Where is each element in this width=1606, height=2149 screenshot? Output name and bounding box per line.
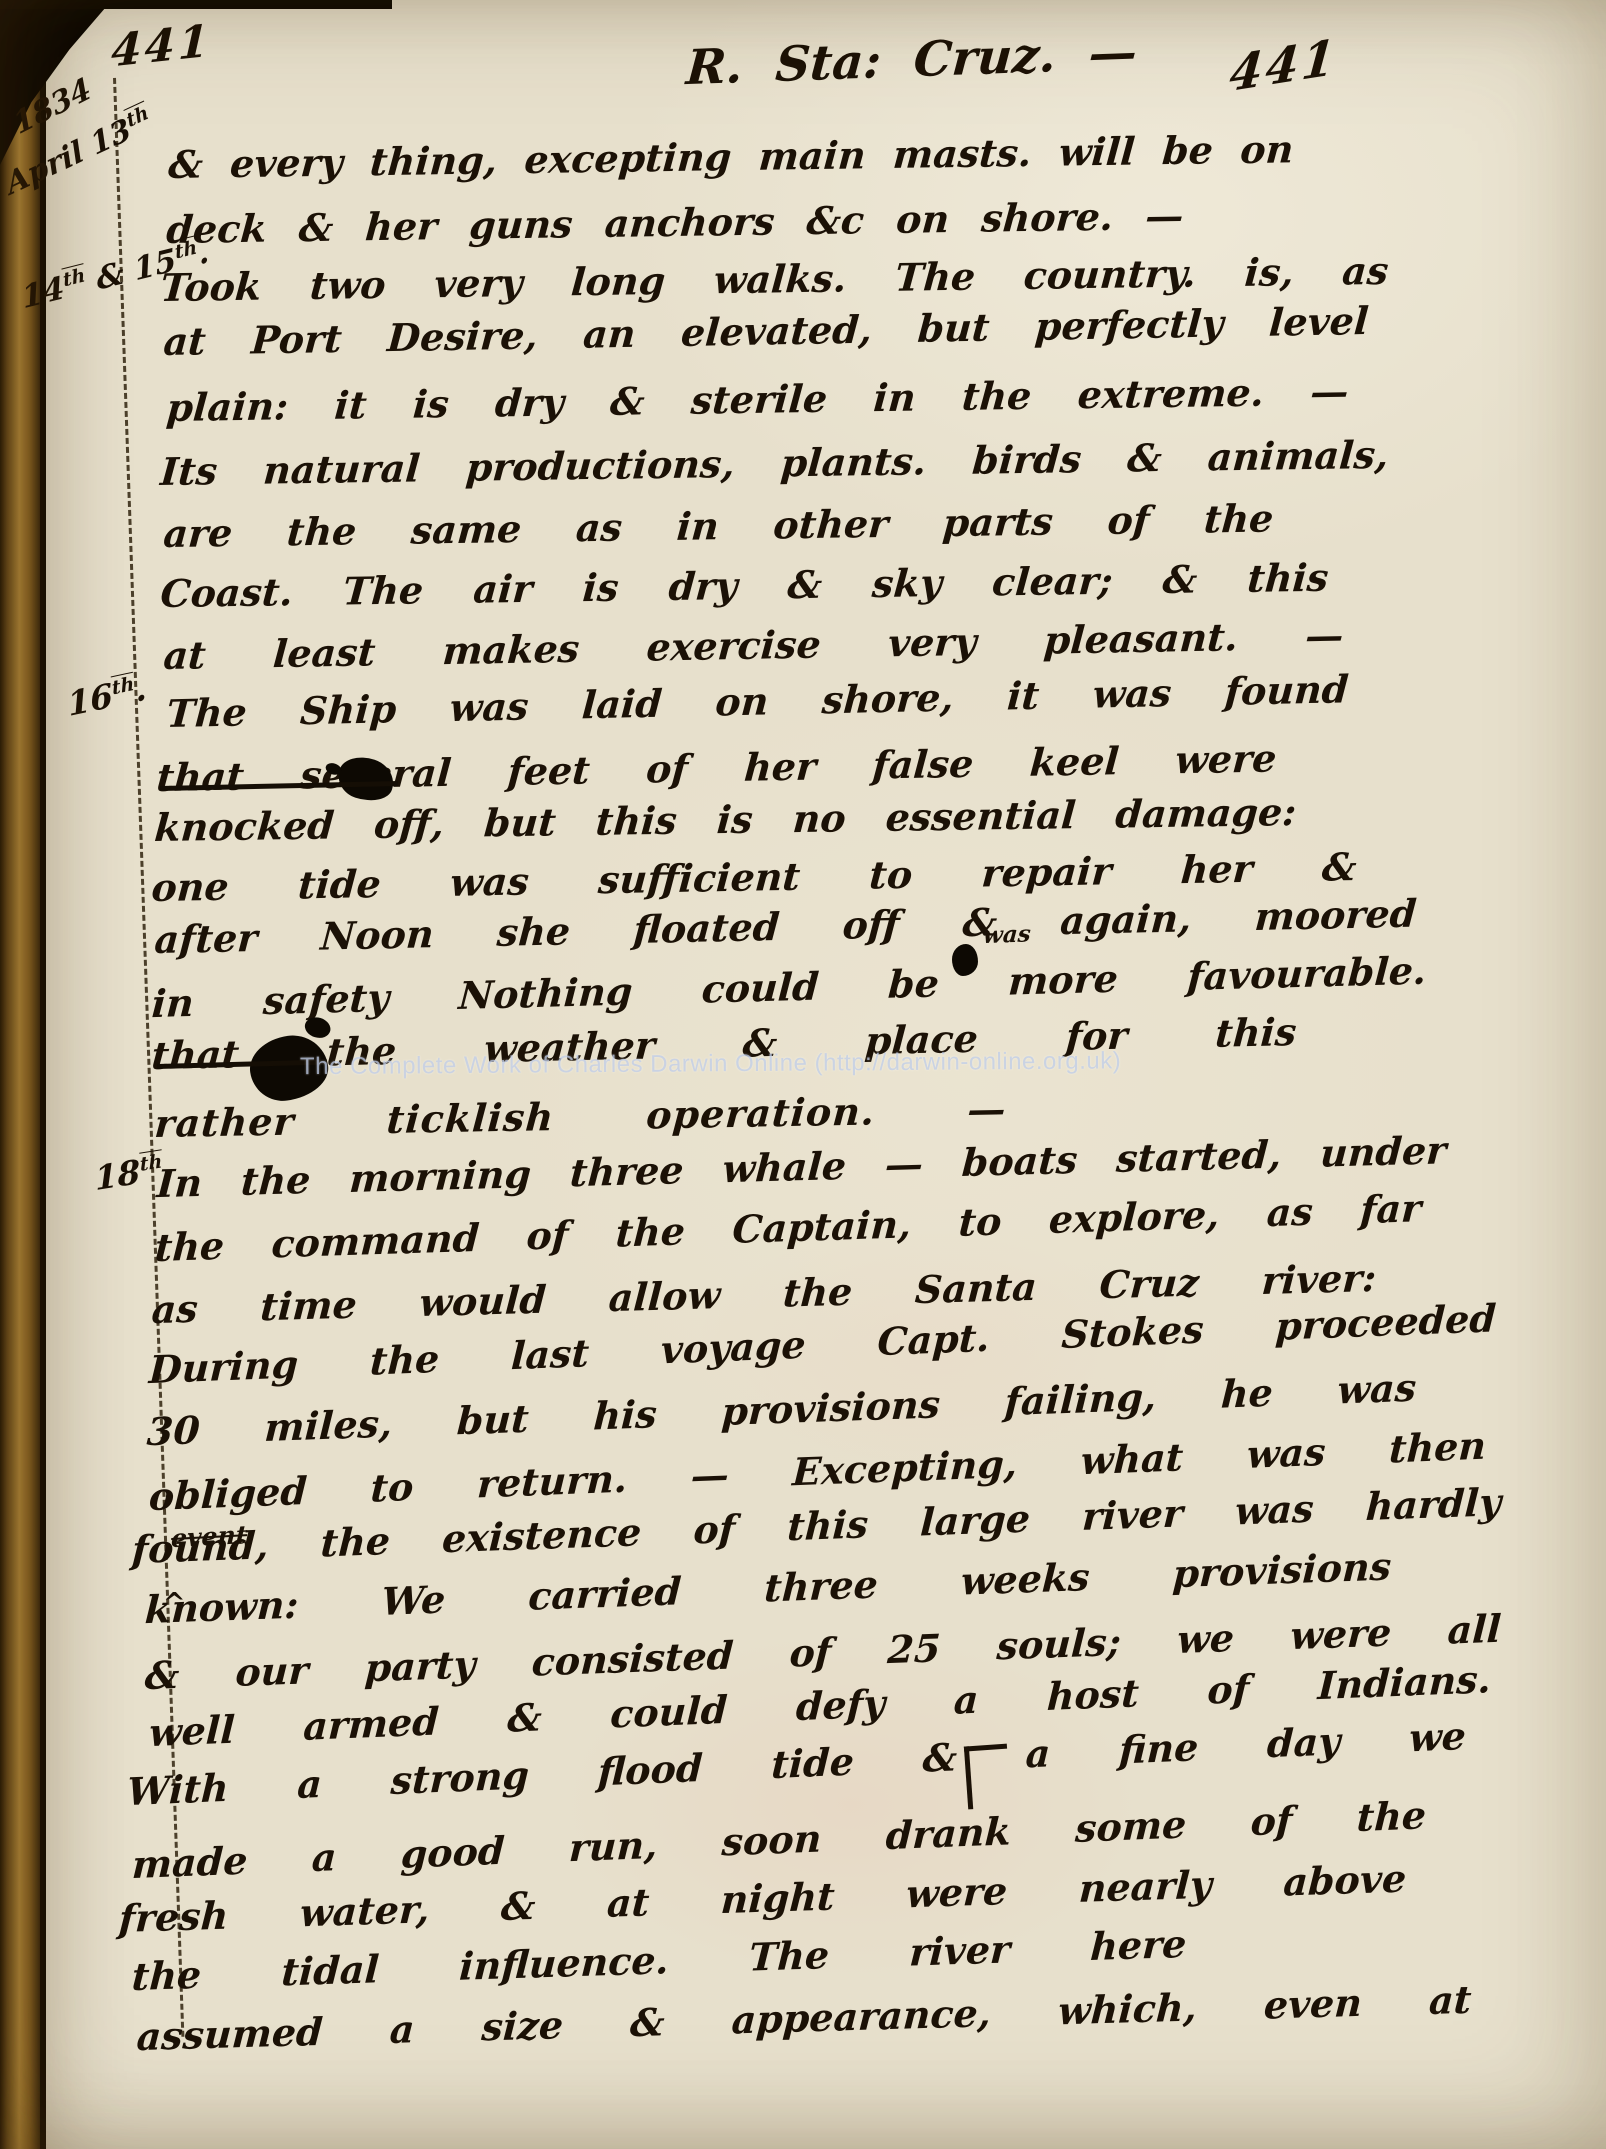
manuscript-line: that several feet of her false keel were xyxy=(155,738,1278,797)
manuscript-line: & every thing, excepting main masts. wil… xyxy=(167,129,1295,185)
manuscript-page-scan: 441 R. Sta: Cruz. — 441 1834 April 13th … xyxy=(0,0,1606,2149)
editorial-bracket xyxy=(964,1744,1011,1810)
page-number-right: 441 xyxy=(1228,33,1340,99)
margin-date-text: 18 xyxy=(94,1152,141,1198)
manuscript-line: knocked off, but this is no essential da… xyxy=(153,792,1298,848)
inserted-word-was: was xyxy=(982,920,1032,949)
manuscript-line: deck & her guns anchors &c on shore. — xyxy=(165,196,1185,250)
margin-date-text: . xyxy=(133,668,148,709)
inserted-word-struck: event xyxy=(170,1520,247,1553)
page-title: R. Sta: Cruz. — xyxy=(685,28,1139,92)
margin-date-text: 16 xyxy=(66,675,115,724)
page-edge-line xyxy=(40,0,46,2149)
margin-date-sup: th xyxy=(62,264,87,291)
manuscript-line: Coast. The air is dry & sky clear; & thi… xyxy=(159,558,1330,614)
ink-blot xyxy=(952,944,978,976)
top-edge-shadow xyxy=(0,0,392,9)
margin-date-sup: th xyxy=(111,673,135,700)
manuscript-line: at least makes exercise very pleasant. — xyxy=(162,615,1345,676)
manuscript-line: Took two very long walks. The country. i… xyxy=(159,251,1390,308)
manuscript-line: are the same as in other parts of the xyxy=(162,499,1275,554)
manuscript-line: The Ship was laid on shore, it was found xyxy=(165,669,1349,734)
book-gilt-edge xyxy=(0,0,40,2149)
caret-mark: ^ xyxy=(163,1588,186,1619)
manuscript-line: Its natural productions, plants. birds &… xyxy=(159,435,1390,492)
page-number-left: 441 xyxy=(110,19,212,74)
manuscript-line: at Port Desire, an elevated, but perfect… xyxy=(162,301,1370,362)
manuscript-line: plain: it is dry & sterile in the extrem… xyxy=(165,371,1350,427)
